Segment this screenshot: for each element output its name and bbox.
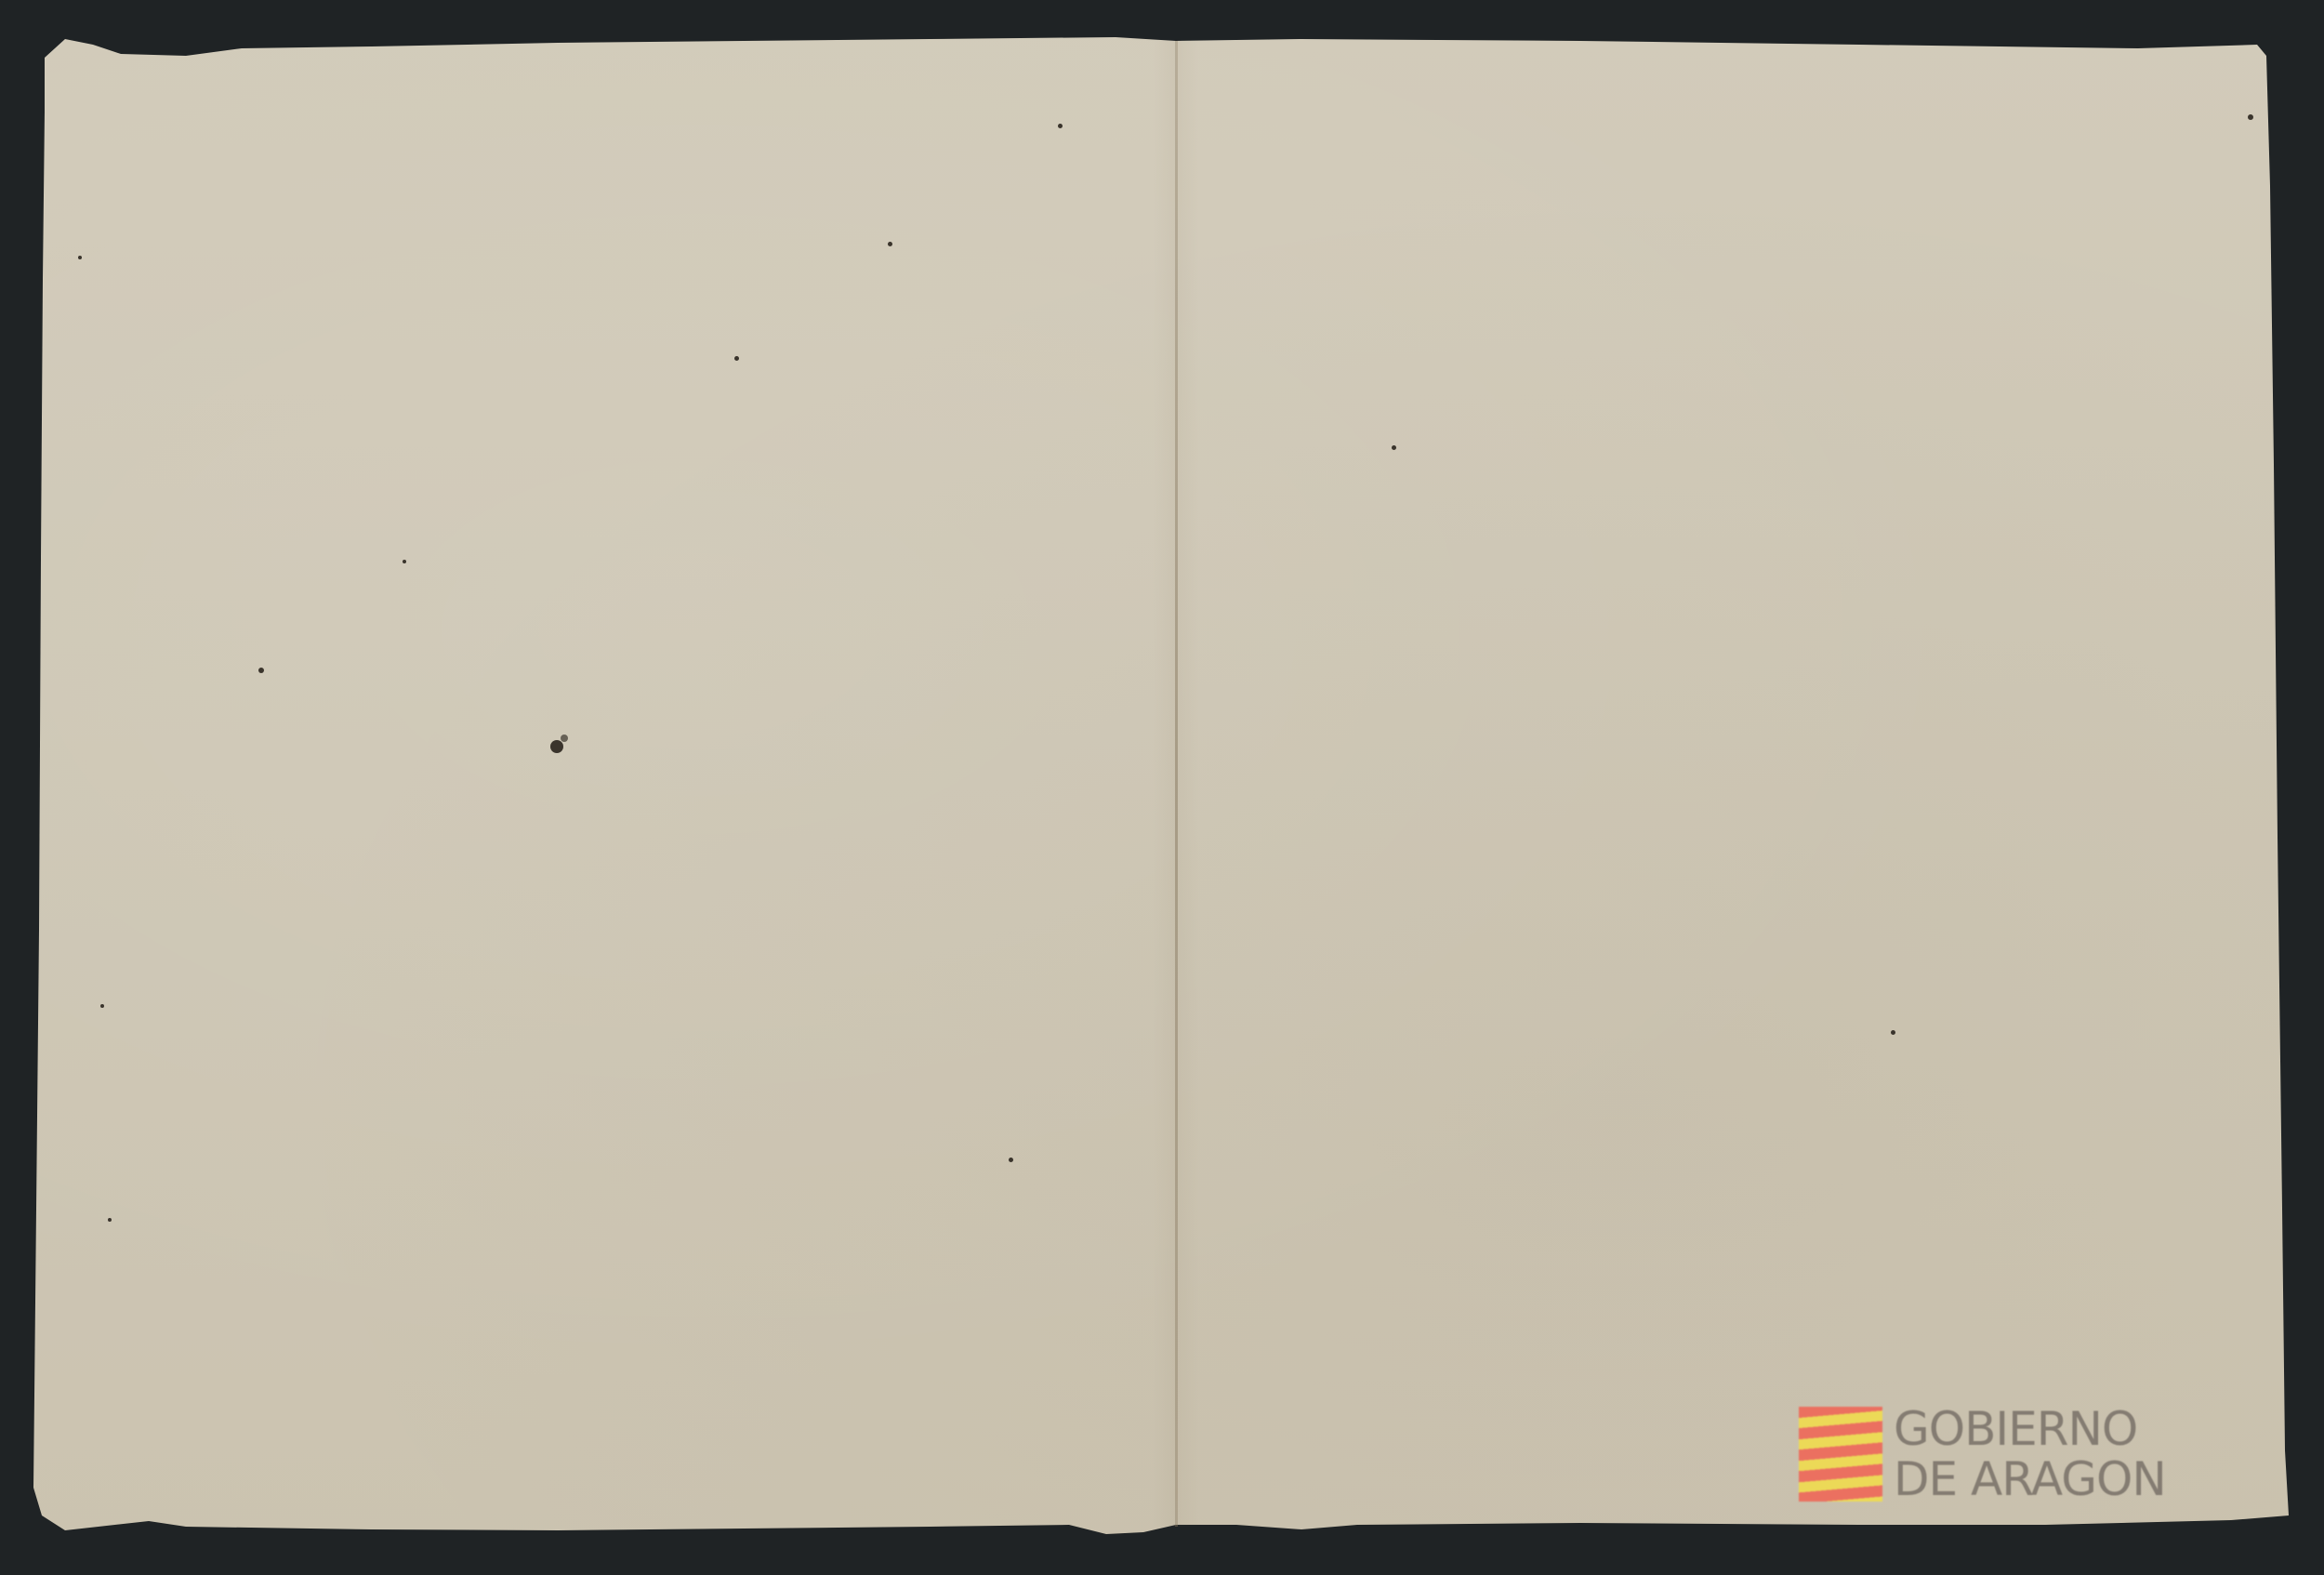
paper-speck bbox=[403, 560, 406, 563]
paper-speck bbox=[734, 356, 739, 361]
gobierno-de-aragon-watermark: GOBIERNO DE ARAGON bbox=[1799, 1404, 2166, 1504]
ink-blot bbox=[550, 740, 563, 753]
watermark-line-2: DE ARAGON bbox=[1894, 1454, 2166, 1504]
paper-speck bbox=[1891, 1030, 1895, 1035]
paper-speck bbox=[108, 1218, 112, 1222]
paper-speck bbox=[2248, 114, 2253, 120]
paper-speck bbox=[1058, 124, 1063, 128]
paper-speck bbox=[1392, 445, 1396, 450]
watermark-text: GOBIERNO DE ARAGON bbox=[1894, 1404, 2166, 1504]
fold-crease bbox=[1175, 41, 1178, 1527]
aragon-flag-icon bbox=[1799, 1407, 1882, 1502]
ink-blot bbox=[561, 735, 568, 742]
paper-speck bbox=[100, 1004, 104, 1008]
paper-speck bbox=[1009, 1158, 1013, 1162]
paper-speck bbox=[78, 256, 82, 259]
watermark-line-1: GOBIERNO bbox=[1894, 1404, 2166, 1454]
paper-speck bbox=[888, 242, 892, 246]
paper-speck bbox=[258, 668, 264, 673]
